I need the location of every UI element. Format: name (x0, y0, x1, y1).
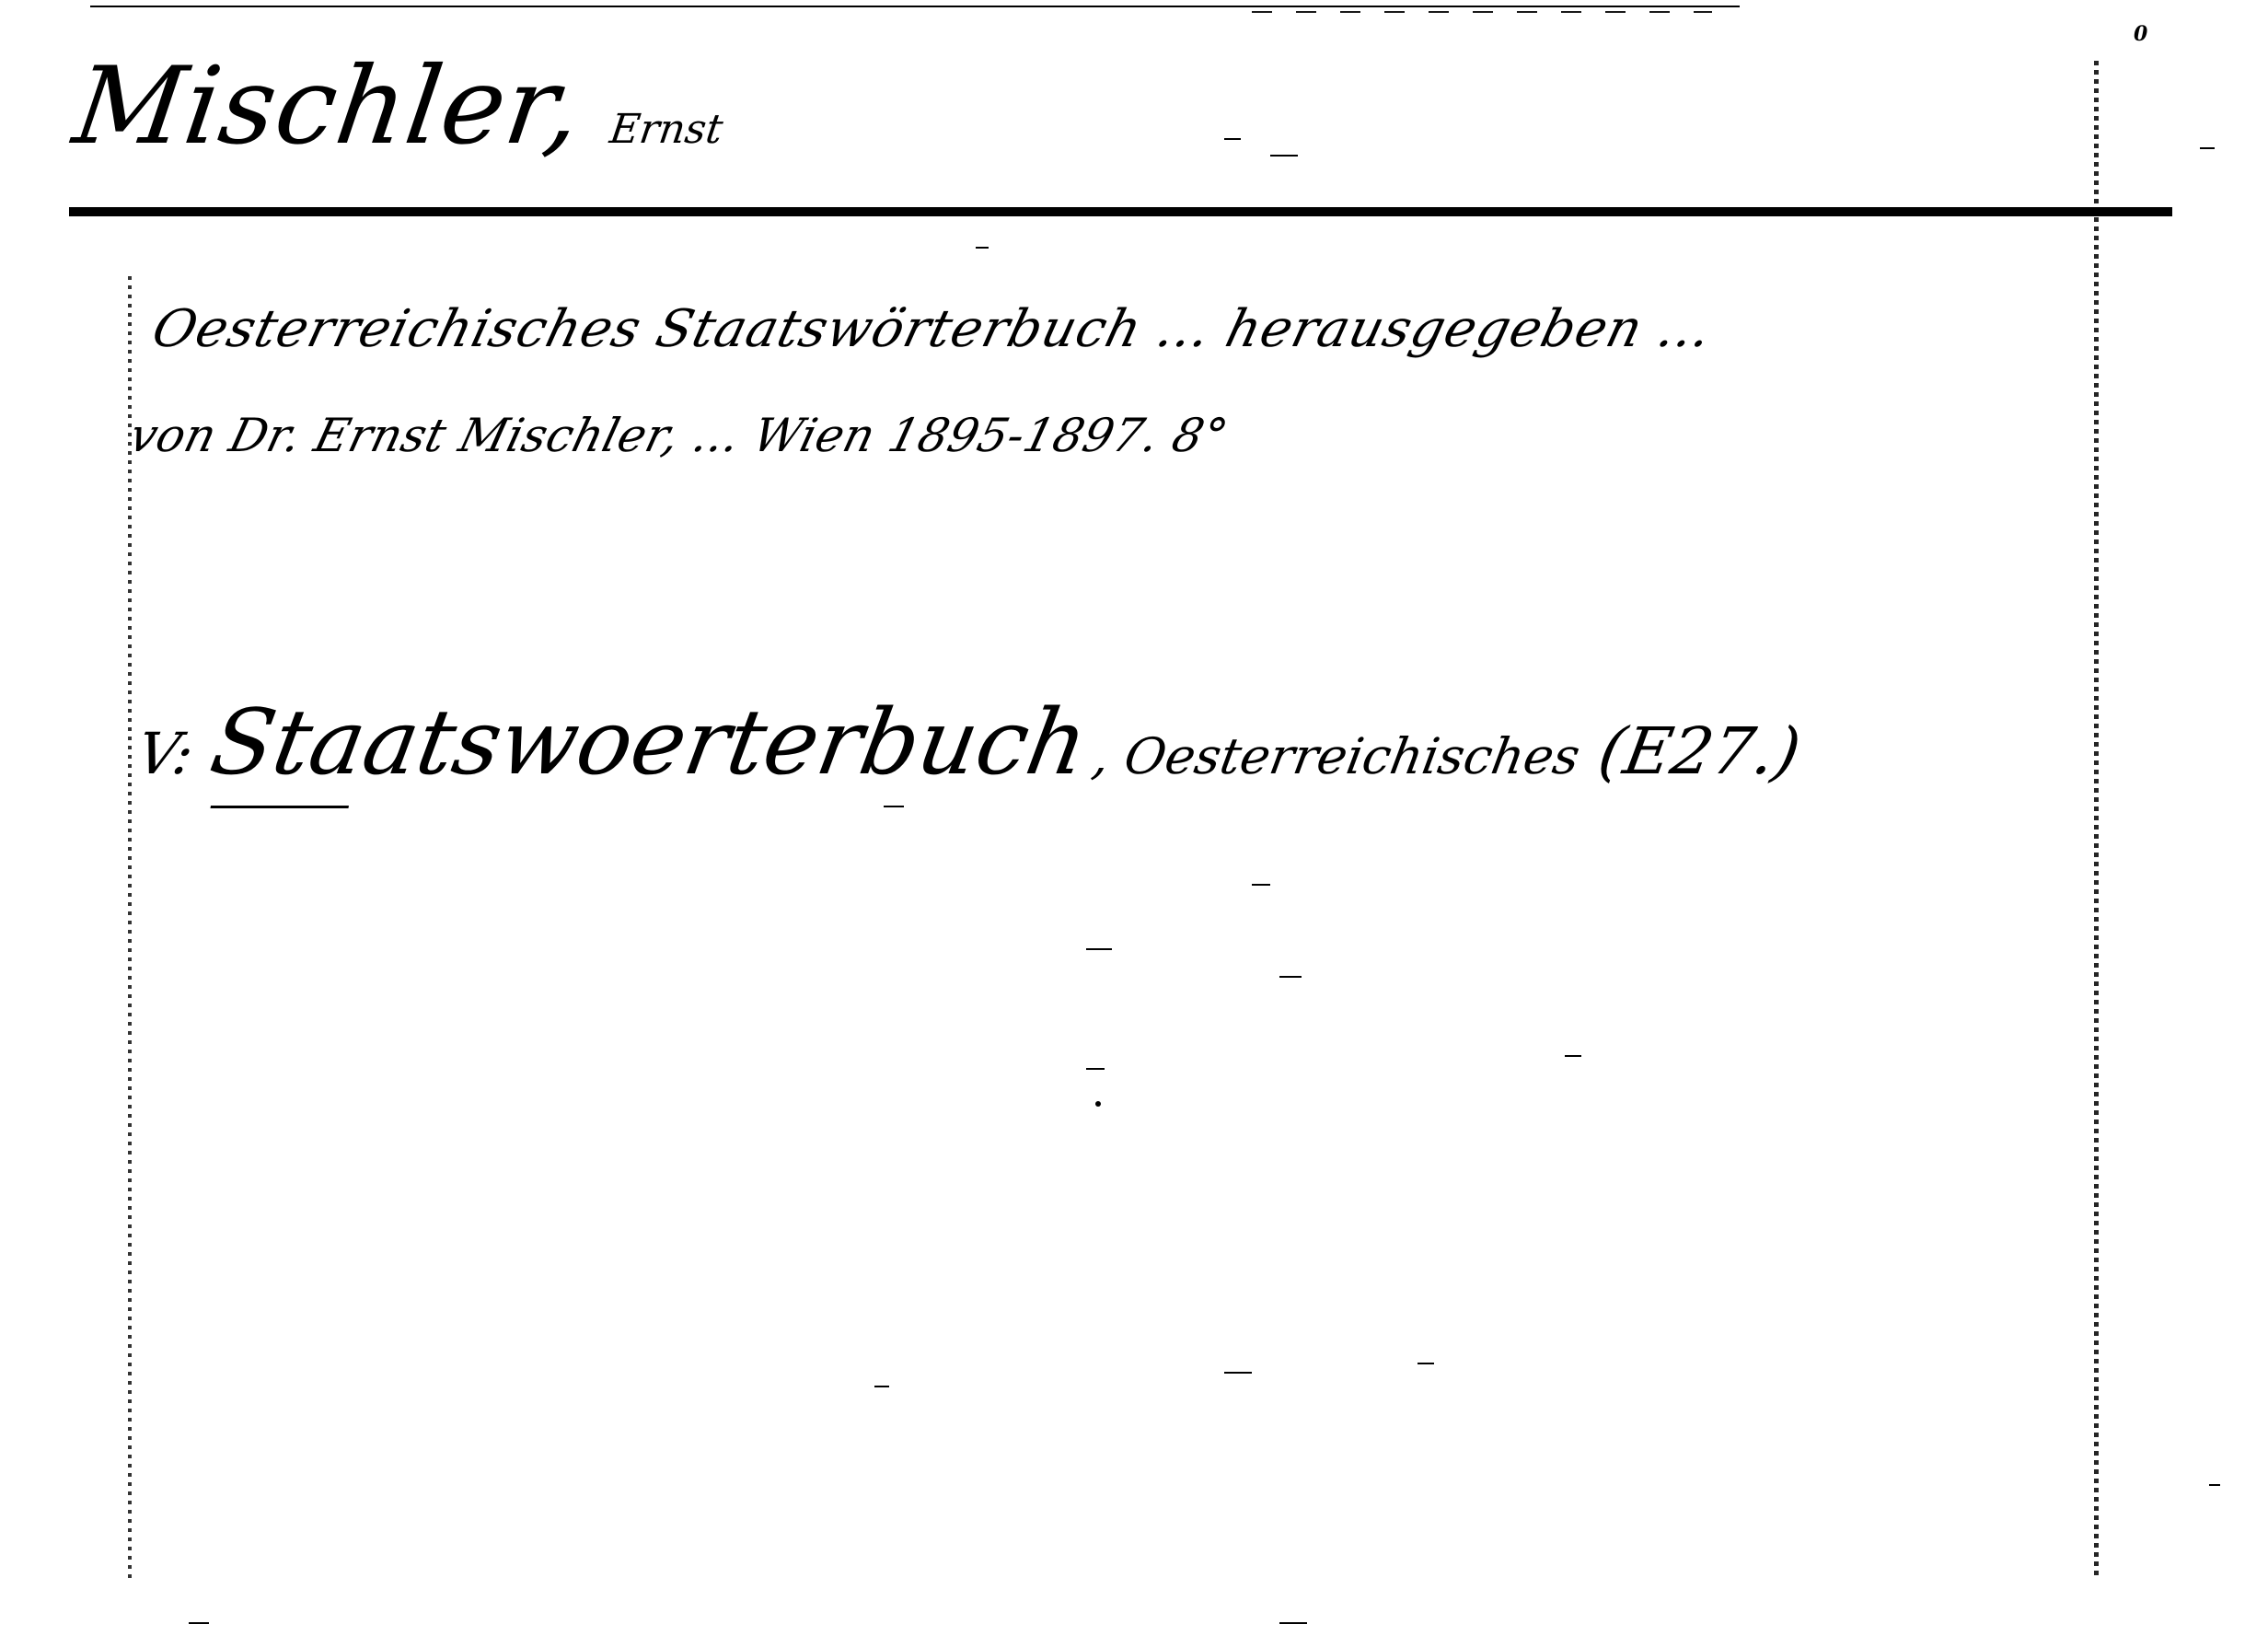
scan-speck (884, 806, 904, 807)
scan-speck (1224, 138, 1241, 140)
scan-speck (874, 1386, 889, 1387)
scan-speck (1095, 1101, 1101, 1107)
heading-surname: Mischler, (68, 53, 589, 160)
heading-rule (69, 207, 2172, 216)
scan-speck (1565, 1055, 1581, 1057)
scan-speck (1086, 948, 1112, 950)
card-top-border (90, 6, 1740, 7)
cross-reference-qualifier: , Oesterreichisches (1090, 732, 1584, 782)
scan-speck (976, 247, 989, 249)
scan-speck (1279, 976, 1302, 978)
cross-reference-code: (E27.) (1594, 719, 1805, 783)
card-top-border-dashes (1252, 11, 1712, 13)
cross-reference-prefix: V: (133, 725, 198, 783)
entry-title-line: Oesterreichisches Staatswörterbuch ... h… (147, 304, 1718, 355)
scan-speck (189, 1622, 209, 1624)
catalog-card: 0 Mischler, Ernst Oesterreichisches Staa… (0, 0, 2268, 1636)
corner-mark: 0 (2134, 24, 2147, 44)
cross-reference: V:Staatswoerterbuch, Oesterreichisches(E… (138, 698, 1799, 788)
card-heading: Mischler, Ernst (75, 53, 722, 160)
scan-speck (2209, 1484, 2220, 1486)
heading-forename: Ernst (607, 110, 724, 150)
scan-speck (1279, 1622, 1307, 1624)
scan-speck (1417, 1363, 1434, 1364)
scan-speck (1252, 884, 1270, 886)
right-margin-dotted-line (2094, 61, 2099, 1578)
cross-reference-term: Staatswoerterbuch (205, 698, 1094, 788)
scan-speck (1270, 155, 1298, 157)
scan-speck (2200, 147, 2215, 149)
entry-imprint-line: von Dr. Ernst Mischler, ... Wien 1895-18… (125, 412, 1232, 458)
scan-speck (1086, 1068, 1105, 1070)
left-margin-dotted-line (128, 276, 132, 1584)
scan-speck (1224, 1372, 1252, 1374)
